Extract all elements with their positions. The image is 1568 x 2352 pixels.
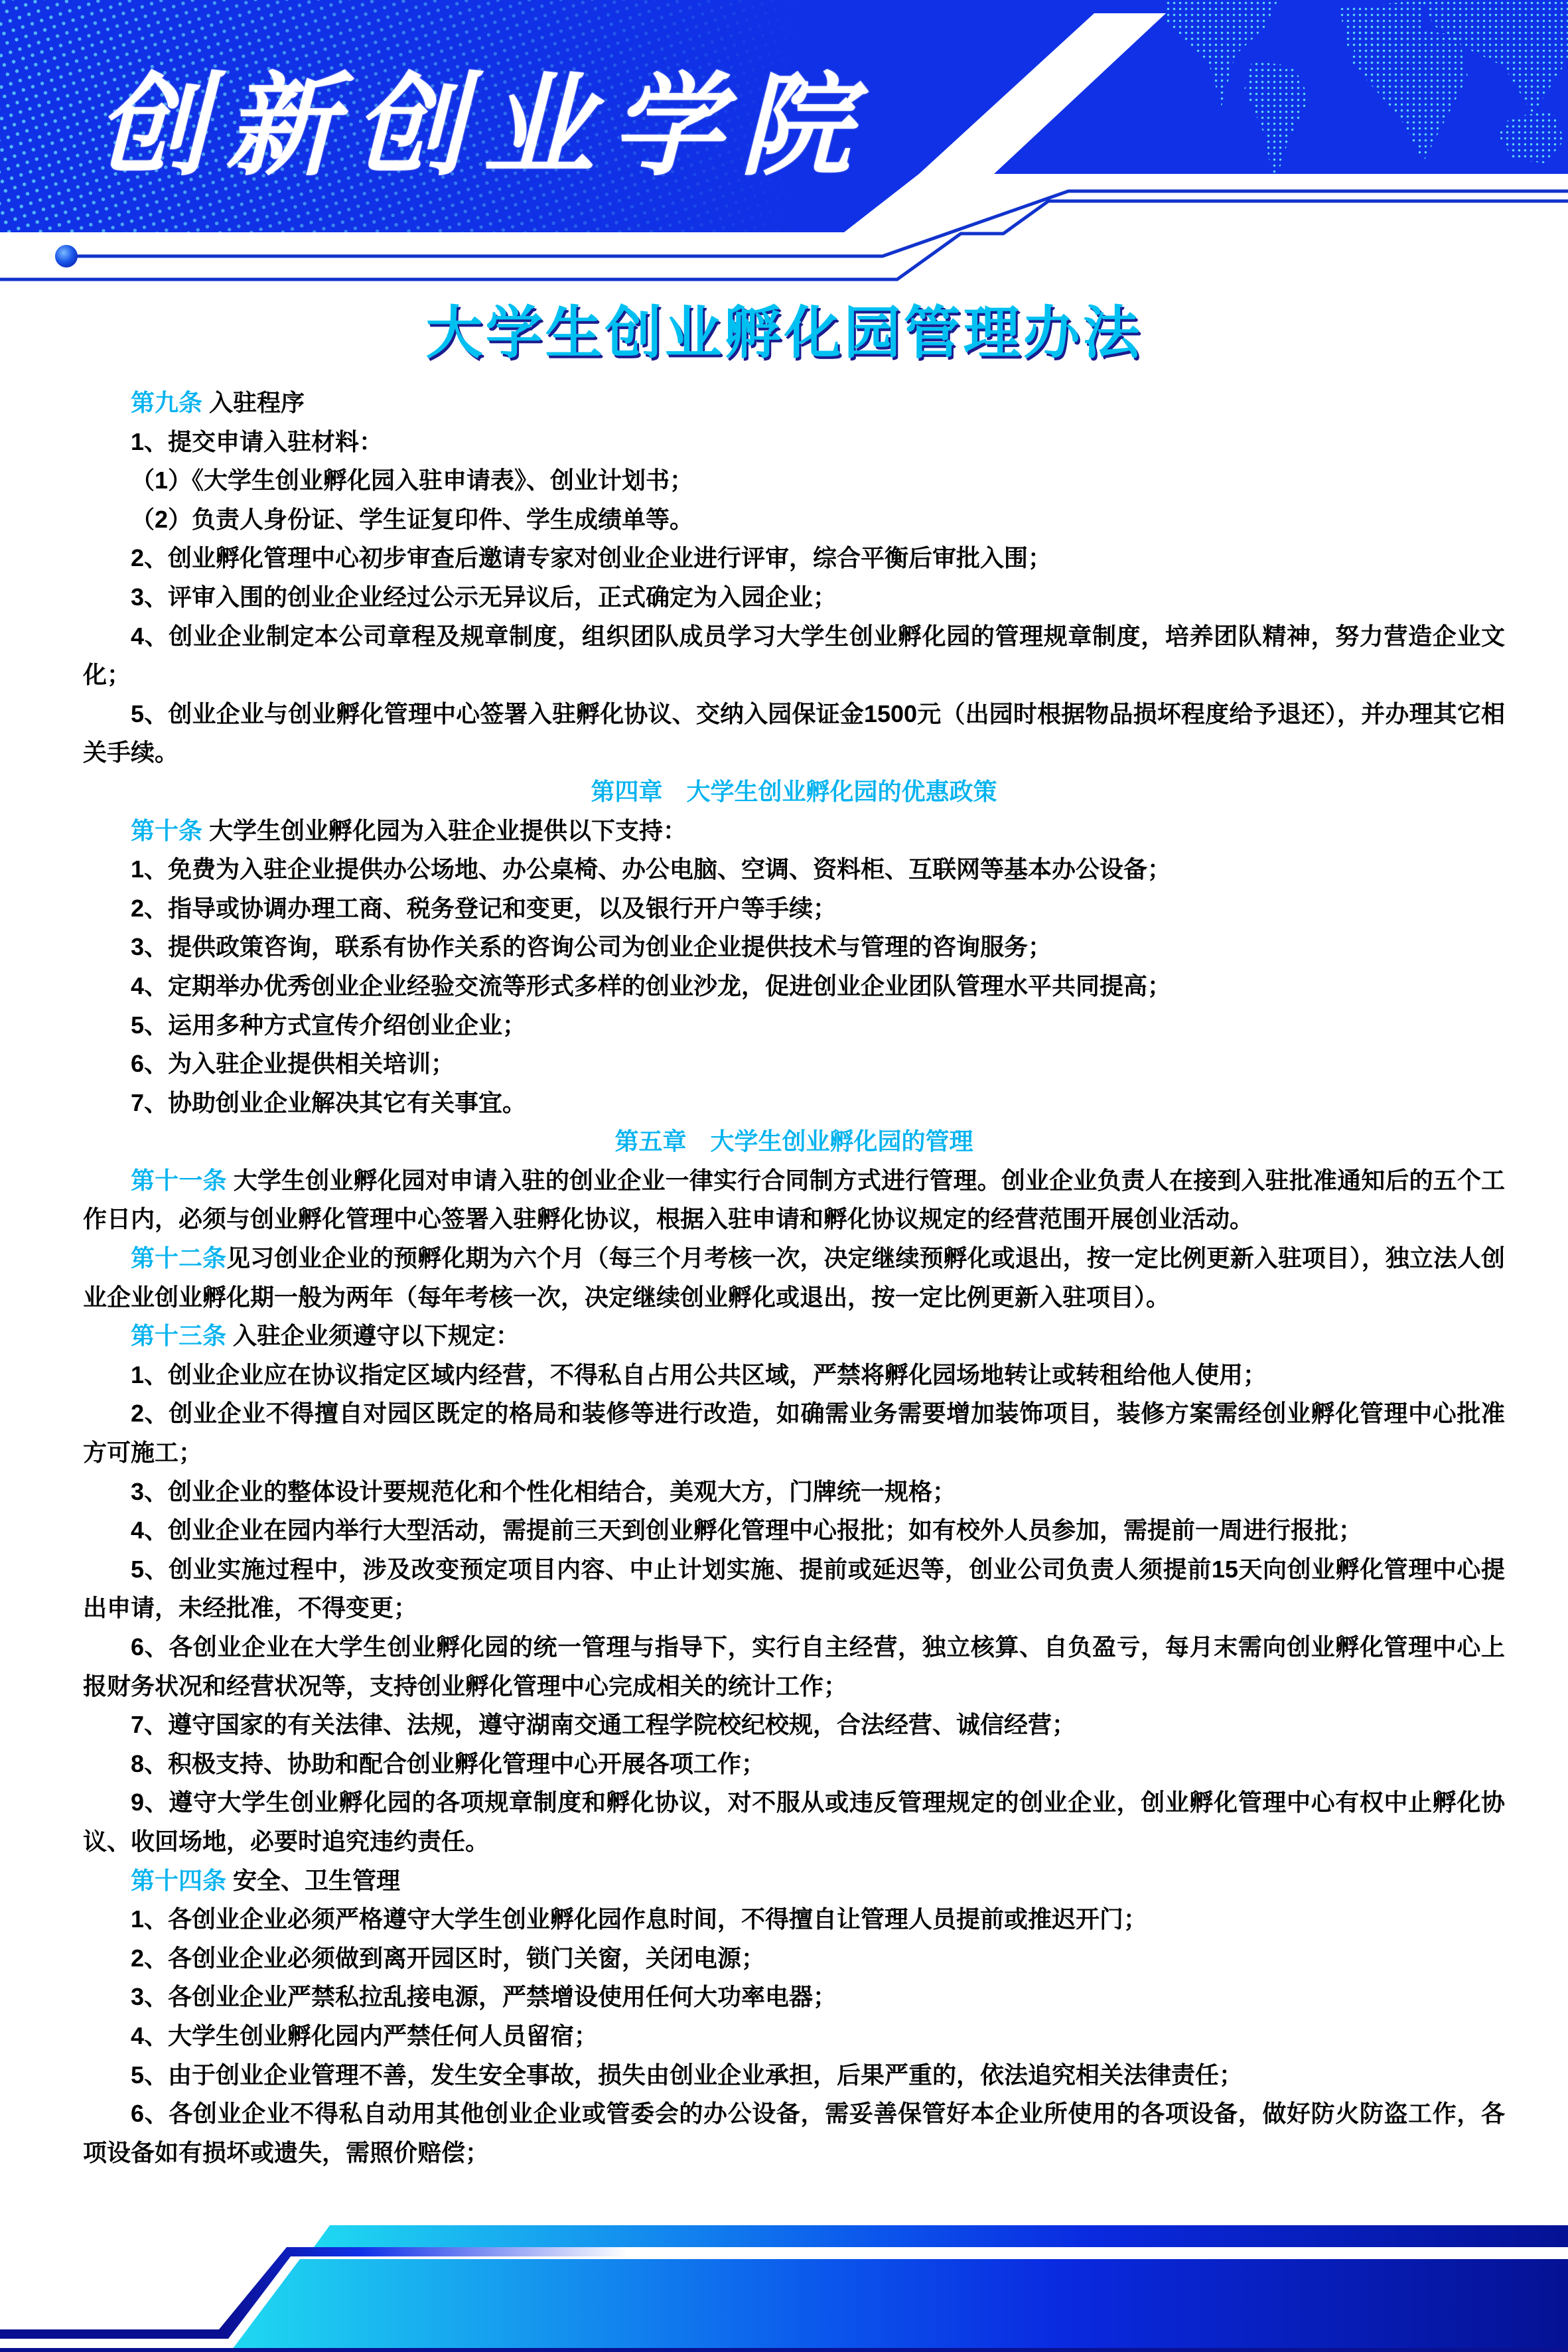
footer-banner bbox=[0, 2215, 1568, 2352]
item-paragraph: 1、创业企业应在协议指定区域内经营，不得私自占用公共区域，严禁将孵化园场地转让或… bbox=[83, 1356, 1505, 1395]
item-paragraph: 6、为入驻企业提供相关培训； bbox=[83, 1045, 1505, 1084]
bullet-dot-icon bbox=[55, 245, 78, 267]
clause-label: 第十四条 bbox=[131, 1867, 226, 1894]
clause-paragraph: 第十四条 安全、卫生管理 bbox=[83, 1862, 1505, 1901]
footer-gradient-block bbox=[230, 2259, 1568, 2352]
item-paragraph: 6、各创业企业不得私自动用其他创业企业或管委会的办公设备，需妥善保管好本企业所使… bbox=[83, 2095, 1505, 2172]
clause-label: 第十一条 bbox=[131, 1167, 227, 1194]
item-paragraph: 2、创业孵化管理中心初步审查后邀请专家对创业企业进行评审，综合平衡后审批入围； bbox=[83, 539, 1505, 578]
item-paragraph: 2、指导或协调办理工商、税务登记和变更，以及银行开户等手续； bbox=[83, 889, 1505, 928]
item-paragraph: 1、提交申请入驻材料： bbox=[83, 423, 1505, 462]
item-paragraph: 7、协助创业企业解决其它有关事宜。 bbox=[83, 1084, 1505, 1123]
item-paragraph: 5、运用多种方式宣传介绍创业企业； bbox=[83, 1006, 1505, 1045]
item-paragraph: 4、定期举办优秀创业企业经验交流等形式多样的创业沙龙，促进创业企业团队管理水平共… bbox=[83, 967, 1505, 1006]
item-paragraph: 1、免费为入驻企业提供办公场地、办公桌椅、办公电脑、空调、资料柜、互联网等基本办… bbox=[83, 850, 1505, 889]
clause-paragraph: 第十二条见习创业企业的预孵化期为六个月（每三个月考核一次，决定继续预孵化或退出，… bbox=[83, 1239, 1505, 1317]
item-paragraph: 2、创业企业不得擅自对园区既定的格局和装修等进行改造，如确需业务需要增加装饰项目… bbox=[83, 1394, 1505, 1472]
item-paragraph: 3、提供政策咨询，联系有协作关系的咨询公司为创业企业提供技术与管理的咨询服务； bbox=[83, 928, 1505, 967]
item-paragraph: （2）负责人身份证、学生证复印件、学生成绩单等。 bbox=[83, 500, 1505, 540]
clause-label: 第十条 bbox=[131, 817, 202, 844]
chapter-heading: 第五章 大学生创业孵化园的管理 bbox=[83, 1122, 1505, 1161]
header-pinstripe-lines bbox=[0, 0, 1568, 312]
item-paragraph: 4、大学生创业孵化园内严禁任何人员留宿； bbox=[83, 2017, 1505, 2056]
item-paragraph: 4、创业企业制定本公司章程及规章制度，组织团队成员学习大学生创业孵化园的管理规章… bbox=[83, 617, 1505, 695]
document-body: 第九条 入驻程序1、提交申请入驻材料：（1）《大学生创业孵化园入驻申请表》、创业… bbox=[83, 384, 1505, 2172]
item-paragraph: 9、遵守大学生创业孵化园的各项规章制度和孵化协议，对不服从或违反管理规定的创业企… bbox=[83, 1783, 1505, 1861]
page-title: 大学生创业孵化园管理办法 bbox=[0, 287, 1568, 369]
item-paragraph: 4、创业企业在园内举行大型活动，需提前三天到创业孵化管理中心报批；如有校外人员参… bbox=[83, 1511, 1505, 1550]
clause-label: 第九条 bbox=[131, 389, 202, 416]
clause-paragraph: 第十一条 大学生创业孵化园对申请入驻的创业企业一律实行合同制方式进行管理。创业企… bbox=[83, 1161, 1505, 1239]
footer-thin-band bbox=[314, 2225, 1568, 2247]
chapter-heading: 第四章 大学生创业孵化园的优惠政策 bbox=[83, 772, 1505, 812]
item-paragraph: 1、各创业企业必须严格遵守大学生创业孵化园作息时间，不得擅自让管理人员提前或推迟… bbox=[83, 1900, 1505, 1939]
item-paragraph: 7、遵守国家的有关法律、法规，遵守湖南交通工程学院校纪校规，合法经营、诚信经营； bbox=[83, 1706, 1505, 1745]
item-paragraph: 5、创业实施过程中，涉及改变预定项目内容、中止计划实施、提前或延迟等，创业公司负… bbox=[83, 1550, 1505, 1628]
clause-paragraph: 第十条 大学生创业孵化园为入驻企业提供以下支持： bbox=[83, 812, 1505, 851]
item-paragraph: 3、创业企业的整体设计要规范化和个性化相结合，美观大方，门牌统一规格； bbox=[83, 1473, 1505, 1512]
item-paragraph: 5、由于创业企业管理不善，发生安全事故，损失由创业企业承担，后果严重的，依法追究… bbox=[83, 2056, 1505, 2095]
item-paragraph: （1）《大学生创业孵化园入驻申请表》、创业计划书； bbox=[83, 461, 1505, 500]
clause-paragraph: 第十三条 入驻企业须遵守以下规定： bbox=[83, 1317, 1505, 1356]
clause-label: 第十三条 bbox=[131, 1322, 226, 1349]
pinstripe-lower-line bbox=[0, 201, 1568, 279]
item-paragraph: 3、评审入围的创业企业经过公示无异议后，正式确定为入园企业； bbox=[83, 578, 1505, 617]
item-paragraph: 5、创业企业与创业孵化管理中心签署入驻孵化协议、交纳入园保证金1500元（出园时… bbox=[83, 695, 1505, 772]
clause-label: 第十二条 bbox=[131, 1244, 226, 1272]
item-paragraph: 2、各创业企业必须做到离开园区时，锁门关窗，关闭电源； bbox=[83, 1939, 1505, 1978]
footer-bottom-bar bbox=[0, 2348, 1568, 2352]
poster-page: 创新创业学院 大学生创业孵化园管理办法 第九条 入驻程序1、提交申请入驻材料：（… bbox=[0, 0, 1568, 2352]
item-paragraph: 8、积极支持、协助和配合创业孵化管理中心开展各项工作； bbox=[83, 1745, 1505, 1784]
item-paragraph: 6、各创业企业在大学生创业孵化园的统一管理与指导下，实行自主经营，独立核算、自负… bbox=[83, 1628, 1505, 1706]
clause-paragraph: 第九条 入驻程序 bbox=[83, 384, 1505, 423]
item-paragraph: 3、各创业企业严禁私拉乱接电源，严禁增设使用任何大功率电器； bbox=[83, 1978, 1505, 2017]
